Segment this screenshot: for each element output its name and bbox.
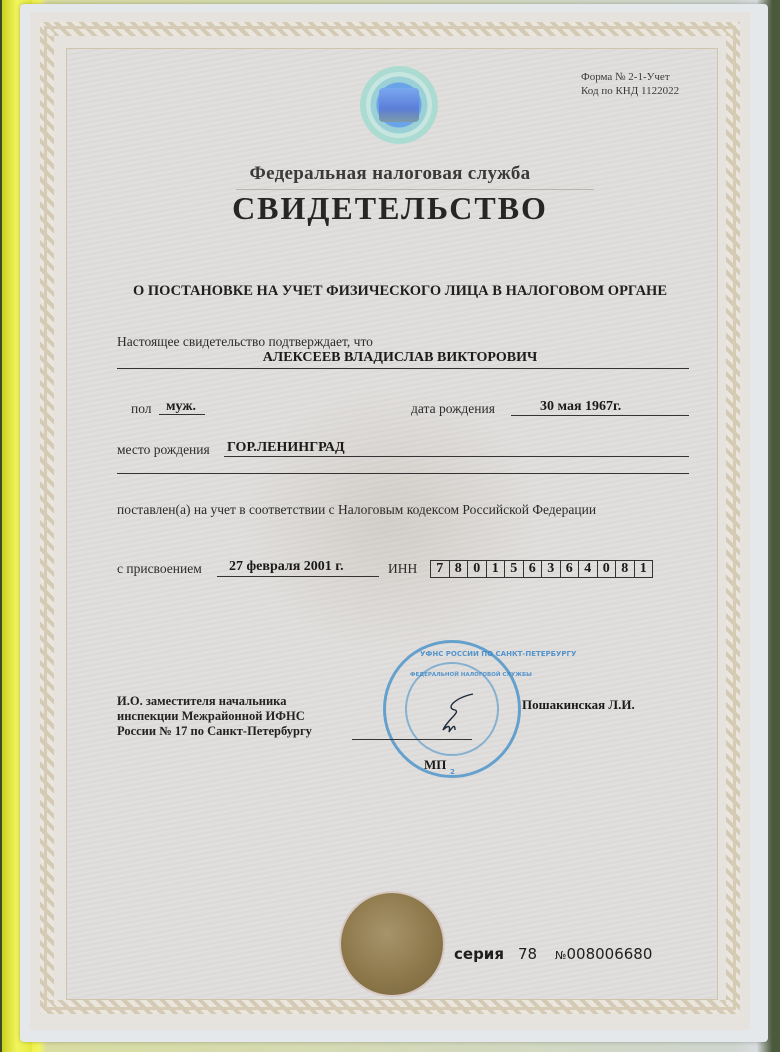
gold-seal-icon	[341, 893, 443, 995]
birth-place-label: место рождения	[117, 442, 210, 458]
birth-place-underline-2	[117, 473, 689, 474]
inn-digit: 3	[542, 561, 561, 577]
form-code: Форма № 2-1-Учет Код по КНД 1122022	[581, 70, 679, 98]
inn-digit: 1	[487, 561, 506, 577]
inn-digit: 1	[635, 561, 653, 577]
inn-digit: 0	[468, 561, 487, 577]
agency-name: Федеральная налоговая служба	[0, 163, 780, 185]
birth-date-underline	[511, 415, 689, 416]
sex-value: муж.	[166, 399, 196, 415]
inn-label: ИНН	[388, 561, 417, 577]
birth-place-underline	[224, 456, 689, 457]
birth-date-value: 30 мая 1967г.	[540, 399, 621, 415]
official-line-1: И.О. заместителя начальника	[117, 694, 312, 709]
inn-digit: 4	[579, 561, 598, 577]
coat-of-arms-watermark	[240, 385, 540, 655]
inn-digit: 6	[524, 561, 543, 577]
inn-boxes: 7 8 0 1 5 6 3 6 4 0 8 1	[430, 560, 653, 578]
official-title: И.О. заместителя начальника инспекции Ме…	[117, 694, 312, 739]
stamp-text-inner: ФЕДЕРАЛЬНОЙ НАЛОГОВОЙ СЛУЖБЫ	[410, 672, 532, 678]
inn-digit: 6	[561, 561, 580, 577]
seal-place-label: МП	[424, 757, 446, 773]
inn-digit: 8	[616, 561, 635, 577]
official-line-3: России № 17 по Санкт-Петербургу	[117, 724, 312, 739]
birth-place-value: ГОР.ЛЕНИНГРАД	[227, 440, 345, 456]
signature-line	[352, 739, 472, 740]
sex-label: пол	[131, 401, 152, 417]
inn-digit: 7	[431, 561, 450, 577]
knd-code: Код по КНД 1122022	[581, 84, 679, 98]
birth-date-label: дата рождения	[411, 401, 495, 417]
number-value: 008006680	[567, 945, 653, 963]
inn-digit: 5	[505, 561, 524, 577]
assigned-date: 27 февраля 2001 г.	[229, 559, 344, 575]
assigned-date-underline	[217, 576, 379, 577]
serial-number: серия 78 №008006680	[454, 945, 652, 964]
document-subtitle: О ПОСТАНОВКЕ НА УЧЕТ ФИЗИЧЕСКОГО ЛИЦА В …	[0, 283, 780, 300]
inn-digit: 0	[598, 561, 617, 577]
series-label: серия	[454, 945, 504, 963]
full-name: АЛЕКСЕЕВ ВЛАДИСЛАВ ВИКТОРОВИЧ	[0, 350, 780, 366]
assigned-label: с присвоением	[117, 561, 202, 577]
sex-underline	[159, 414, 205, 415]
registered-text: поставлен(а) на учет в соответствии с На…	[117, 502, 596, 518]
name-underline	[117, 368, 689, 369]
stamp-number: 2	[450, 768, 455, 776]
official-line-2: инспекции Межрайонной ИФНС	[117, 709, 312, 724]
hologram-core	[379, 88, 419, 122]
document-title: СВИДЕТЕЛЬСТВО	[0, 190, 780, 227]
inn-digit: 8	[450, 561, 469, 577]
form-number: Форма № 2-1-Учет	[581, 70, 679, 84]
signer-name: Пошакинская Л.И.	[522, 697, 635, 713]
confirms-label: Настоящее свидетельство подтверждает, чт…	[117, 334, 373, 350]
signature-icon	[425, 690, 495, 740]
number-prefix: №	[555, 949, 566, 962]
stamp-text-outer: УФНС РОССИИ ПО САНКТ-ПЕТЕРБУРГУ	[420, 650, 576, 658]
series-value: 78	[518, 945, 537, 963]
